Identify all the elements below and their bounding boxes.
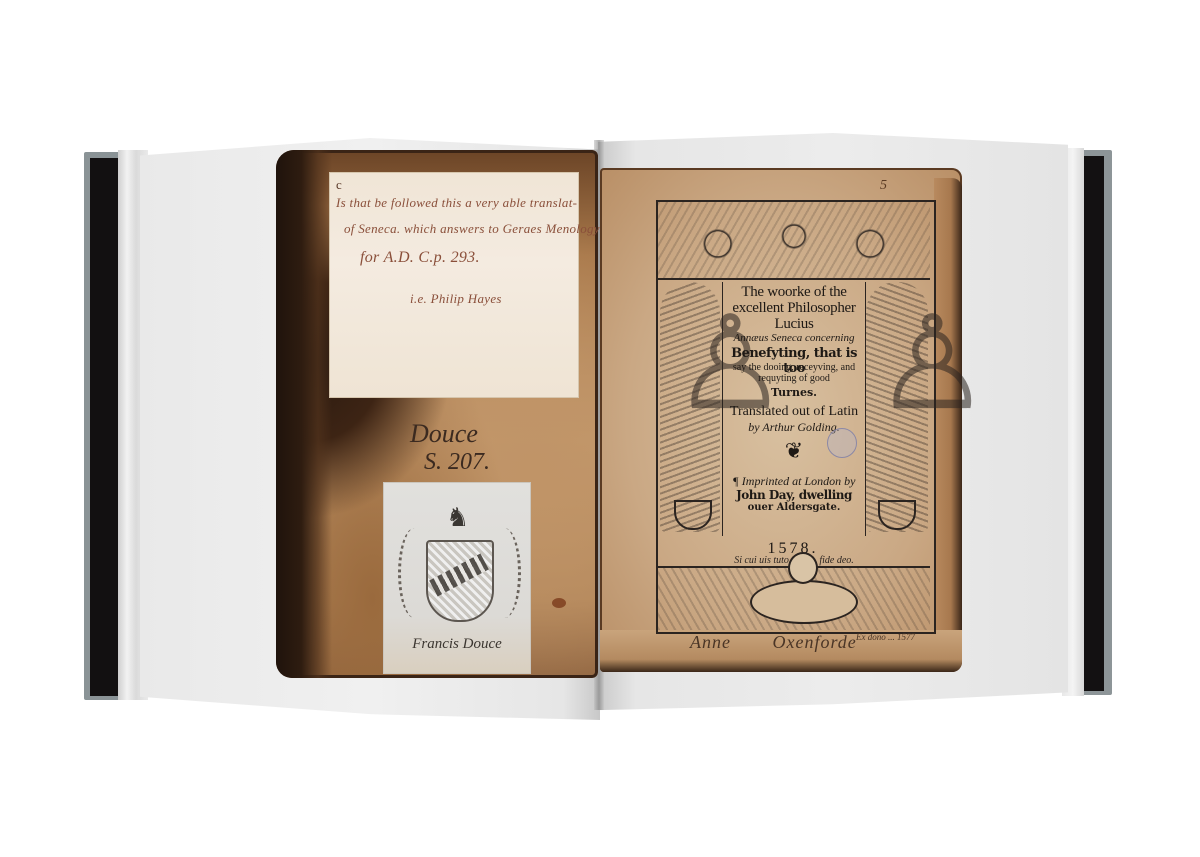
top-ornament-band	[658, 202, 930, 280]
subtitle-line: say the dooing, receyving, and requyting…	[723, 362, 865, 384]
printer-line: John Day, dwelling	[723, 488, 865, 502]
right-cover-board	[1082, 156, 1104, 691]
water-stain	[276, 150, 332, 678]
david-figure-icon: ♙	[874, 290, 991, 440]
gift-inscription: Ex dono ... 1577	[856, 632, 915, 642]
foxing-stain	[552, 598, 566, 608]
folio-mark: 5	[880, 178, 887, 194]
subtitle-end: Turnes.	[723, 386, 865, 399]
author-line: Annæus Seneca concerning	[723, 332, 865, 344]
title-line: The woorke of the excellent Philosopher …	[723, 284, 865, 332]
shelfmark-number: S. 207.	[410, 448, 490, 476]
note-mark: c	[336, 177, 342, 193]
shelfmark-collection: Douce	[410, 419, 478, 448]
owner-signature: Anne Oxenforde	[690, 632, 857, 653]
imprint-line: ¶ Imprinted at London by	[723, 474, 865, 489]
note-line: of Seneca. which answers to Geraes Menol…	[344, 221, 600, 237]
translation-line: Translated out of Latin	[723, 404, 865, 420]
empty-cartouche	[750, 580, 858, 624]
shelfmark: Douce S. 207.	[410, 420, 490, 476]
note-line: for A.D. C.p. 293.	[360, 249, 480, 267]
manuscript-note-card: c Is that be followed this a very able t…	[330, 173, 578, 397]
library-stamp-icon	[827, 428, 857, 458]
note-signature: i.e. Philip Hayes	[410, 291, 502, 307]
stag-crest-icon: ♞	[446, 500, 466, 536]
cherub-head-icon	[788, 552, 818, 584]
address-line: ouer Aldersgate.	[723, 502, 865, 513]
title-text-block: The woorke of the excellent Philosopher …	[722, 282, 866, 536]
note-line: Is that be followed this a very able tra…	[336, 195, 577, 211]
bookplate-owner-name: Francis Douce	[384, 636, 530, 653]
